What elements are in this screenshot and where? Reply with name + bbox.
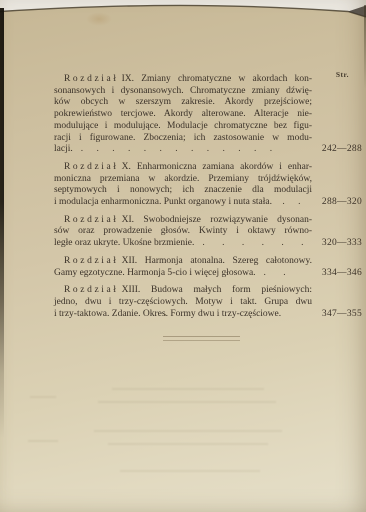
entry-text: i trzy-taktowa. Zdanie. Okres. Formy dwu… [54,309,281,319]
showthrough-text [30,396,56,398]
entry-line: sonansowych i dysonansowych. Chromatyczn… [54,86,312,98]
chapter-heading: Rozdział [64,215,119,225]
entry-line: septymowych i nonowych; ich znaczenie dl… [54,185,312,197]
ink-speck [164,314,166,316]
entry-line: pokrewieństwo tercjowe. Akordy alterowan… [54,109,312,121]
chapter-heading: Rozdział [64,74,119,84]
entry-line: RozdziałXII. Harmonja atonalna. Szereg c… [54,256,312,268]
entry-text: i modulacja enharmoniczna. Punkt organow… [54,197,274,207]
toc-entry: RozdziałX. Enharmoniczna zamiana akordów… [54,162,362,209]
toc-entry: RozdziałIX. Zmiany chromatyczne w akorda… [54,74,362,156]
entry-text: Gamy egzotyczne. Harmonja 5-cio i więcej… [54,268,256,278]
entry-line: RozdziałX. Enharmoniczna zamiana akordów… [54,162,312,174]
entry-last-line: Gamy egzotyczne. Harmonja 5-cio i więcej… [54,268,312,280]
chapter-heading: Rozdział [64,162,119,172]
dot-leader: . . [264,268,286,278]
entry-line: sów oraz prowadzenie głosów. Kwinty i ok… [54,226,312,238]
chapter-heading: Rozdział [64,285,119,295]
dot-leader: . . [282,197,300,207]
entry-last-line: i trzy-taktowa. Zdanie. Okres. Formy dwu… [54,309,312,321]
showthrough-text [112,388,264,390]
book-page-photo: Str. RozdziałIX. Zmiany chromatyczne w a… [0,0,366,512]
page-top-edge [0,0,366,22]
entry-line: jedno, dwu i trzy-częściowych. Motyw i t… [54,297,312,309]
entry-text: ległe oraz ukryte. Ukośne brzmienie. [54,238,194,248]
showthrough-text [108,443,268,445]
entry-line: RozdziałXI. Swobodniejsze rozwiązywanie … [54,215,312,227]
page-range: 347—355 [322,309,362,321]
end-divider-rule [163,336,240,341]
chapter-number: IX. [122,74,134,84]
page-range: 320—333 [322,238,362,250]
entry-text: Zmiany chromatyczne w akordach kon- [141,74,312,84]
toc-entry: RozdziałXII. Harmonja atonalna. Szereg c… [54,256,362,279]
entry-line: moniczna przemiana w akordzie. Przemiany… [54,174,312,186]
entry-text: Enharmoniczna zamiana akordów i enhar- [137,162,312,172]
entry-last-line: i modulacja enharmoniczna. Punkt organow… [54,197,312,209]
showthrough-text [98,401,276,403]
showthrough-text [120,470,260,472]
toc-entry: RozdziałXI. Swobodniejsze rozwiązywanie … [54,215,362,250]
chapter-number: XII. [122,256,138,266]
entry-text: Harmonja atonalna. Szereg całotonowy. [145,256,312,266]
entry-line: ków obcych w szerszym zakresie. Akordy p… [54,97,312,109]
entry-line: modulujące i modulujące. Modulacje chrom… [54,121,312,133]
entry-text: lacji. [54,144,73,154]
entry-text: Swobodniejsze rozwiązywanie dysonan- [143,215,312,225]
showthrough-text [28,440,58,442]
book-left-edge-shadow [0,8,4,438]
chapter-number: XIII. [122,285,141,295]
entry-last-line: ległe oraz ukryte. Ukośne brzmienie.. . … [54,238,312,250]
dot-leader: . . . . . . . . . . . . . [81,144,272,154]
toc-entry: RozdziałXIII. Budowa małych form pieśnio… [54,285,362,320]
entry-text: Budowa małych form pieśniowych: [151,285,312,295]
page-range: 334—346 [322,268,362,280]
chapter-heading: Rozdział [64,256,119,266]
chapter-number: XI. [122,215,134,225]
paper-stain [86,12,112,26]
entry-last-line: lacji.. . . . . . . . . . . . . [54,144,312,156]
entry-line: RozdziałXIII. Budowa małych form pieśnio… [54,285,312,297]
page-range: 288—320 [322,197,362,209]
chapter-number: X. [122,162,131,172]
entry-line: RozdziałIX. Zmiany chromatyczne w akorda… [54,74,312,86]
table-of-contents: Str. RozdziałIX. Zmiany chromatyczne w a… [54,74,362,326]
dot-leader: . . . . . . [202,238,303,248]
page-range: 242—288 [322,144,362,156]
showthrough-text [94,430,282,432]
entry-line: racji i figurowane. Zboczenia; ich zasto… [54,133,312,145]
